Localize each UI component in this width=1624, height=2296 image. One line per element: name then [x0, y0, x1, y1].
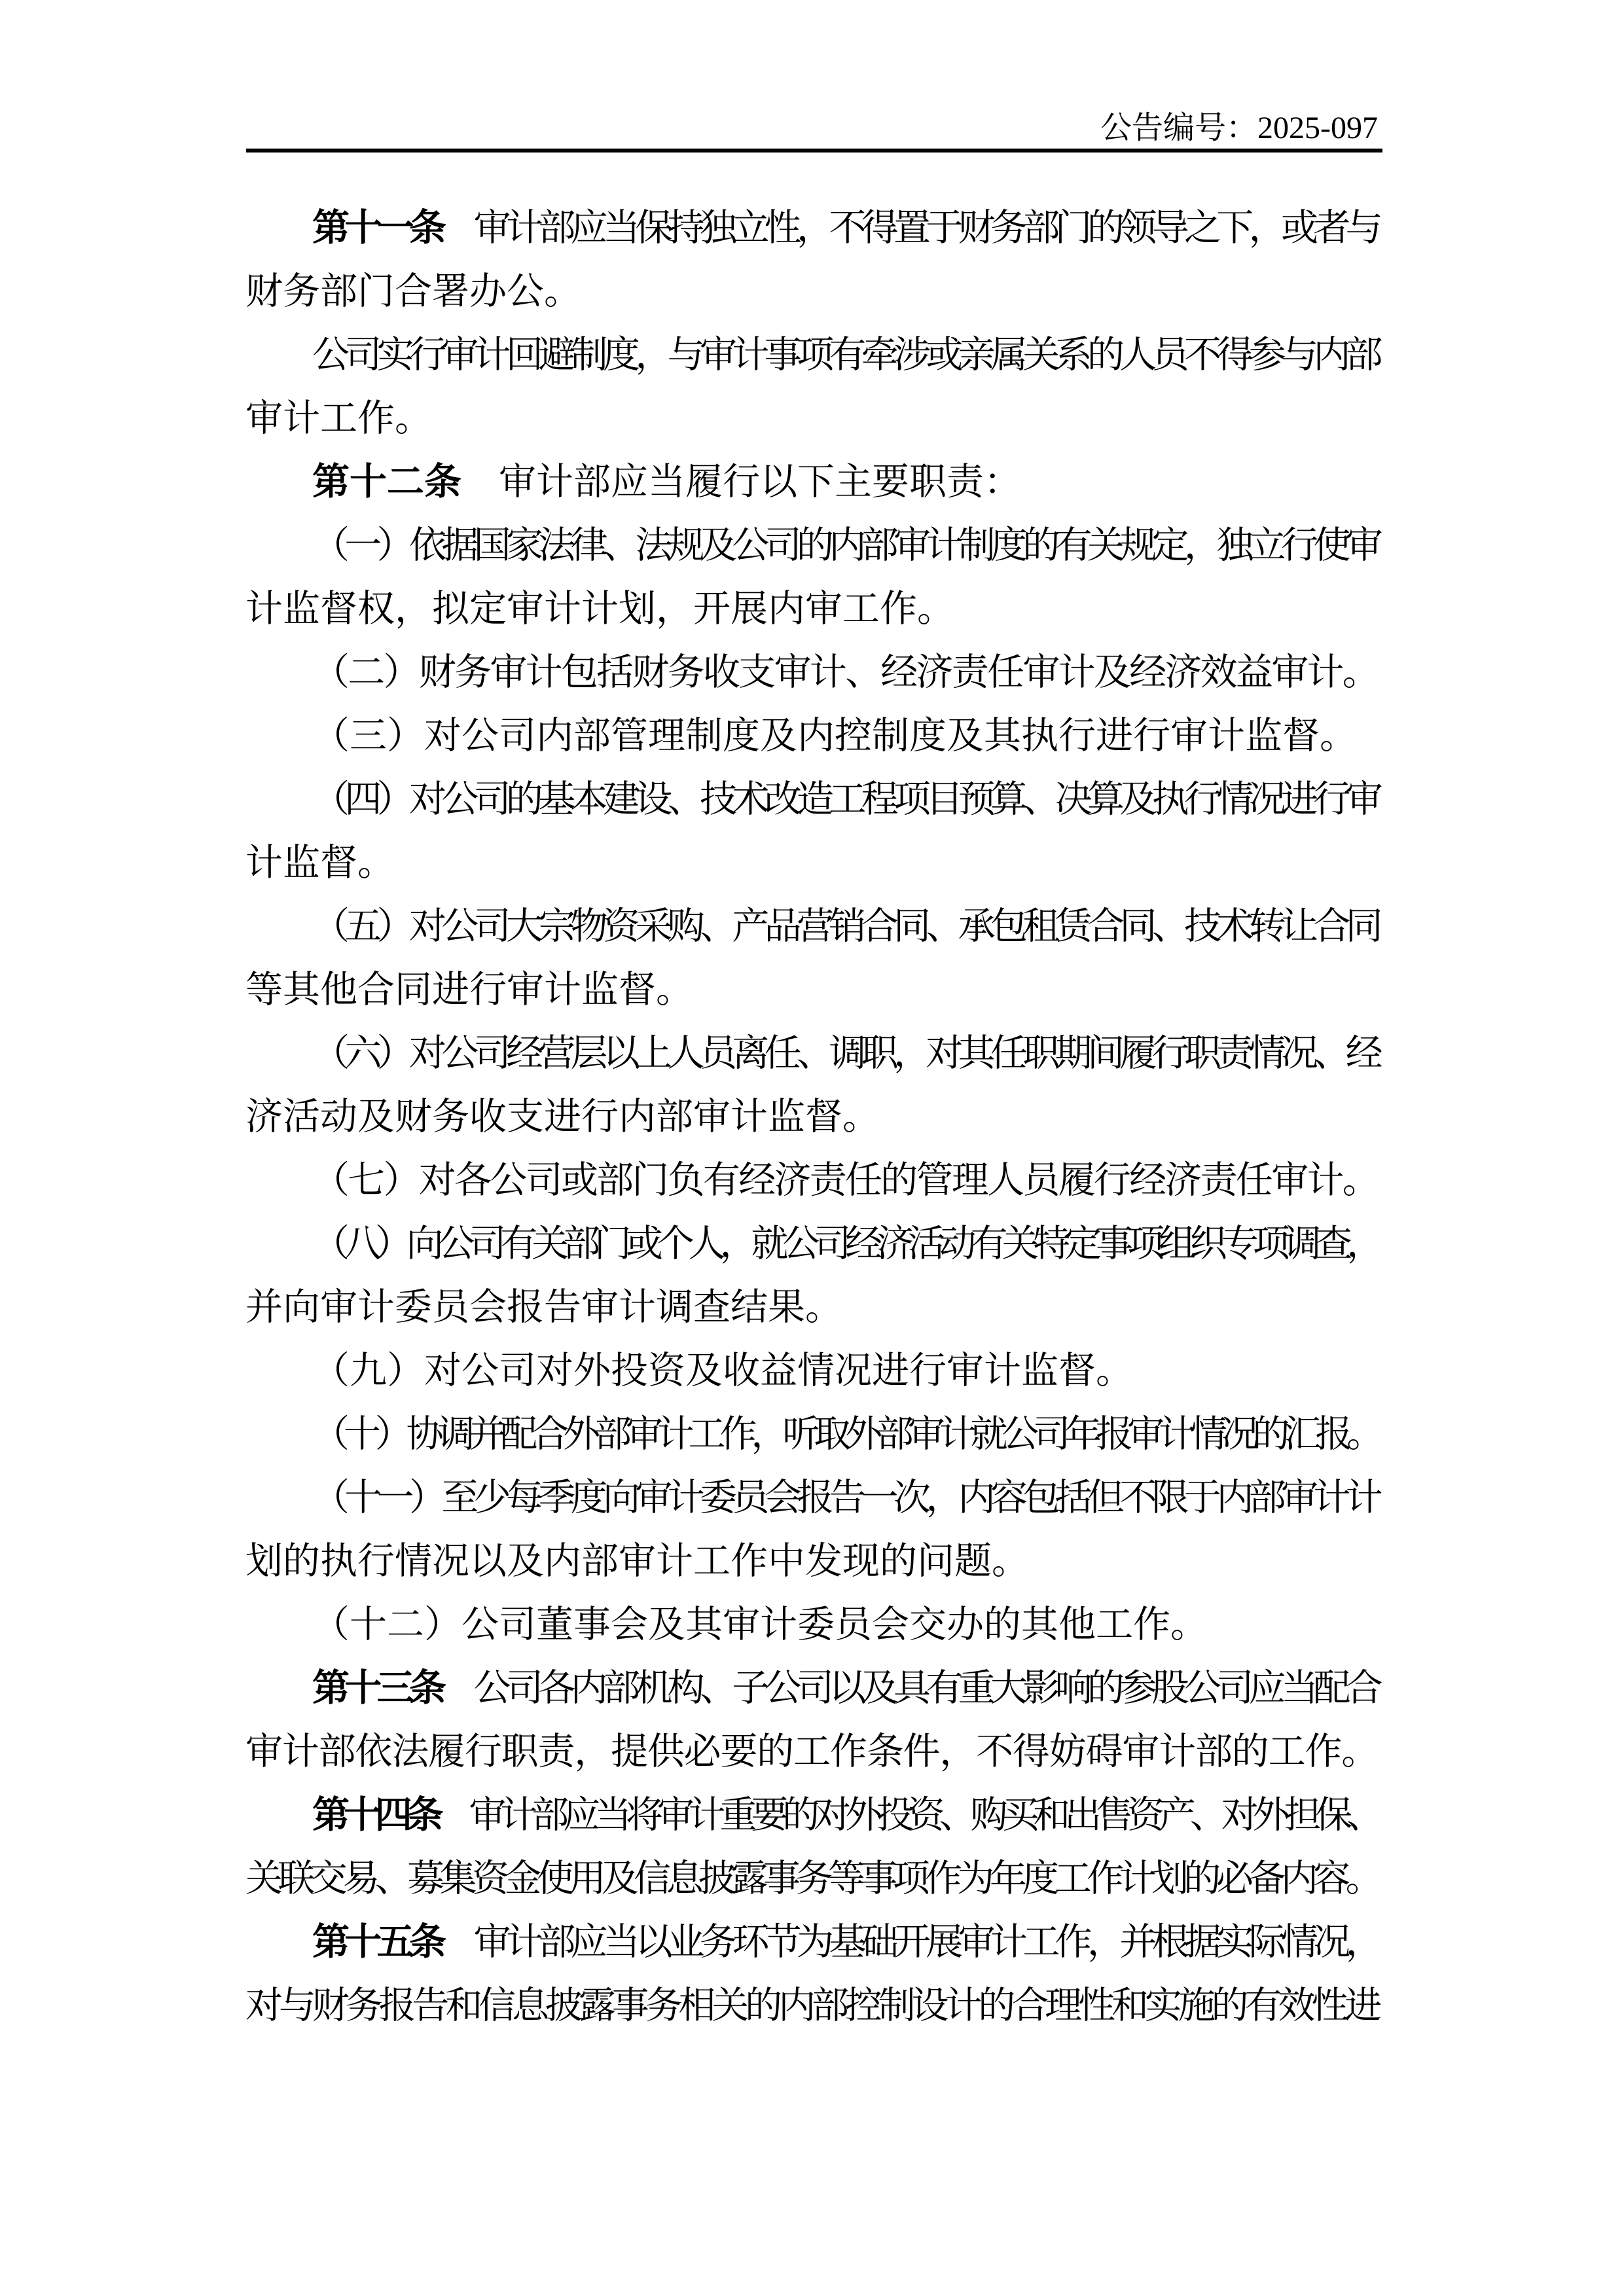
- doc-number: 公告编号：2025-097: [245, 110, 1378, 147]
- text-line: （二）财务审计包括财务收支审计、经济责任审计及经济效益审计。: [245, 641, 1378, 704]
- line-text: 计监督。: [245, 842, 395, 884]
- line-text: 并向审计委员会报告审计调查结果。: [245, 1287, 842, 1328]
- document-body: 第十一条 审计部应当保持独立性，不得置于财务部门的领导之下，或者与财务部门合署办…: [245, 196, 1378, 2037]
- line-content: （三）对公司内部管理制度及内控制度及其执行进行审计监督。: [312, 704, 1357, 768]
- line-text: 财务部门合署办公。: [245, 271, 581, 312]
- text-line: 济活动及财务收支进行内部审计监督。: [245, 1085, 1378, 1149]
- line-content: （十）协调并配合外部审计工作，听取外部审计就公司年报审计情况的汇报。: [312, 1403, 1378, 1466]
- line-text: 审计部应当履行以下主要职责：: [499, 461, 1021, 503]
- text-line: 等其他合同进行审计监督。: [245, 958, 1378, 1022]
- line-content: （五）对公司大宗物资采购、产品营销合同、承包租赁合同、技术转让合同: [312, 895, 1378, 958]
- line-text: 公司实行审计回避制度，与审计事项有牵涉或亲属关系的人员不得参与内部: [312, 334, 1378, 376]
- line-content: （九）对公司对外投资及收益情况进行审计监督。: [312, 1339, 1133, 1403]
- text-line: 对与财务报告和信息披露事务相关的内部控制设计的合理性和实施的有效性进: [245, 1974, 1378, 2037]
- text-line: （十一）至少每季度向审计委员会报告一次，内容包括但不限于内部审计计: [245, 1466, 1378, 1530]
- text-line: 划的执行情况以及内部审计工作中发现的问题。: [245, 1530, 1378, 1593]
- text-line: （八）向公司有关部门或个人，就公司经济活动有关特定事项组织专项调查，: [245, 1212, 1378, 1276]
- line-content: （八）向公司有关部门或个人，就公司经济活动有关特定事项组织专项调查，: [312, 1212, 1378, 1276]
- text-line: 计监督权，拟定审计计划，开展内审工作。: [245, 577, 1378, 641]
- line-content: 对与财务报告和信息披露事务相关的内部控制设计的合理性和实施的有效性进: [245, 1974, 1378, 2037]
- text-line: 计监督。: [245, 831, 1378, 895]
- line-text: （二）财务审计包括财务收支审计、经济责任审计及经济效益审计。: [312, 652, 1378, 693]
- text-line: 第十二条 审计部应当履行以下主要职责：: [245, 450, 1378, 514]
- text-line: （六）对公司经营层以上人员离任、调职，对其任职期间履行职责情况、经: [245, 1022, 1378, 1085]
- line-text: （七）对各公司或部门负有经济责任的管理人员履行经济责任审计。: [312, 1160, 1378, 1201]
- text-line: （九）对公司对外投资及收益情况进行审计监督。: [245, 1339, 1378, 1403]
- text-line: 第十三条 公司各内部机构、子公司以及具有重大影响的参股公司应当配合: [245, 1657, 1378, 1720]
- article-number: 第十三条: [312, 1668, 474, 1709]
- line-text: （一）依据国家法律、法规及公司的内部审计制度的有关规定，独立行使审: [312, 525, 1378, 566]
- text-line: （一）依据国家法律、法规及公司的内部审计制度的有关规定，独立行使审: [245, 514, 1378, 577]
- text-line: 审计部依法履行职责，提供必要的工作条件，不得妨碍审计部的工作。: [245, 1720, 1378, 1784]
- line-text: （十二）公司董事会及其审计委员会交办的其他工作。: [312, 1604, 1208, 1645]
- text-line: （七）对各公司或部门负有经济责任的管理人员履行经济责任审计。: [245, 1149, 1378, 1212]
- text-line: 第十四条 审计部应当将审计重要的对外投资、购买和出售资产、对外担保、: [245, 1784, 1378, 1847]
- line-content: 审计部依法履行职责，提供必要的工作条件，不得妨碍审计部的工作。: [245, 1720, 1378, 1784]
- line-content: 财务部门合署办公。: [245, 260, 581, 323]
- line-content: （二）财务审计包括财务收支审计、经济责任审计及经济效益审计。: [312, 641, 1378, 704]
- line-text: 审计部应当将审计重要的对外投资、购买和出售资产、对外担保、: [469, 1795, 1378, 1836]
- text-line: 关联交易、募集资金使用及信息披露事务等事项作为年度工作计划的必备内容。: [245, 1847, 1378, 1910]
- text-line: 并向审计委员会报告审计调查结果。: [245, 1276, 1378, 1339]
- article-number: 第十五条: [312, 1922, 474, 1963]
- line-text: 审计部依法履行职责，提供必要的工作条件，不得妨碍审计部的工作。: [245, 1731, 1378, 1772]
- line-text: （九）对公司对外投资及收益情况进行审计监督。: [312, 1350, 1133, 1391]
- line-text: 公司各内部机构、子公司以及具有重大影响的参股公司应当配合: [474, 1668, 1378, 1709]
- line-content: 计监督权，拟定审计计划，开展内审工作。: [245, 577, 954, 641]
- line-content: 关联交易、募集资金使用及信息披露事务等事项作为年度工作计划的必备内容。: [245, 1847, 1378, 1910]
- text-line: （四）对公司的基本建设、技术改造工程项目预算、决算及执行情况进行审: [245, 768, 1378, 831]
- line-text: 审计工作。: [245, 398, 432, 439]
- line-text: （五）对公司大宗物资采购、产品营销合同、承包租赁合同、技术转让合同: [312, 906, 1378, 947]
- line-content: 第十四条 审计部应当将审计重要的对外投资、购买和出售资产、对外担保、: [312, 1784, 1378, 1847]
- line-content: 济活动及财务收支进行内部审计监督。: [245, 1085, 880, 1149]
- line-text: （十）协调并配合外部审计工作，听取外部审计就公司年报审计情况的汇报。: [312, 1414, 1378, 1455]
- line-text: 审计部应当保持独立性，不得置于财务部门的领导之下，或者与: [474, 207, 1378, 249]
- line-content: 并向审计委员会报告审计调查结果。: [245, 1276, 842, 1339]
- line-content: 审计工作。: [245, 387, 432, 450]
- line-content: 等其他合同进行审计监督。: [245, 958, 693, 1022]
- line-text: 等其他合同进行审计监督。: [245, 969, 693, 1011]
- line-text: 对与财务报告和信息披露事务相关的内部控制设计的合理性和实施的有效性进: [245, 1985, 1378, 2026]
- line-text: （八）向公司有关部门或个人，就公司经济活动有关特定事项组织专项调查，: [312, 1223, 1378, 1265]
- text-line: （十二）公司董事会及其审计委员会交办的其他工作。: [245, 1593, 1378, 1657]
- text-line: 财务部门合署办公。: [245, 260, 1378, 323]
- text-line: （五）对公司大宗物资采购、产品营销合同、承包租赁合同、技术转让合同: [245, 895, 1378, 958]
- text-line: 第十五条 审计部应当以业务环节为基础开展审计工作，并根据实际情况，: [245, 1910, 1378, 1974]
- line-text: （三）对公司内部管理制度及内控制度及其执行进行审计监督。: [312, 715, 1357, 757]
- text-line: 公司实行审计回避制度，与审计事项有牵涉或亲属关系的人员不得参与内部: [245, 323, 1378, 387]
- line-content: 划的执行情况以及内部审计工作中发现的问题。: [245, 1530, 1029, 1593]
- line-content: 第十一条 审计部应当保持独立性，不得置于财务部门的领导之下，或者与: [312, 196, 1378, 260]
- line-text: （四）对公司的基本建设、技术改造工程项目预算、决算及执行情况进行审: [312, 779, 1378, 820]
- line-text: 计监督权，拟定审计计划，开展内审工作。: [245, 588, 954, 630]
- text-line: （三）对公司内部管理制度及内控制度及其执行进行审计监督。: [245, 704, 1378, 768]
- line-text: 审计部应当以业务环节为基础开展审计工作，并根据实际情况，: [474, 1922, 1378, 1963]
- line-content: 计监督。: [245, 831, 395, 895]
- line-content: 第十三条 公司各内部机构、子公司以及具有重大影响的参股公司应当配合: [312, 1657, 1378, 1720]
- line-content: （七）对各公司或部门负有经济责任的管理人员履行经济责任审计。: [312, 1149, 1378, 1212]
- line-content: （一）依据国家法律、法规及公司的内部审计制度的有关规定，独立行使审: [312, 514, 1378, 577]
- text-line: 审计工作。: [245, 387, 1378, 450]
- line-text: （十一）至少每季度向审计委员会报告一次，内容包括但不限于内部审计计: [312, 1477, 1378, 1518]
- line-content: 第十二条 审计部应当履行以下主要职责：: [312, 450, 1021, 514]
- header-divider: [246, 149, 1382, 152]
- text-line: （十）协调并配合外部审计工作，听取外部审计就公司年报审计情况的汇报。: [245, 1403, 1378, 1466]
- line-text: 关联交易、募集资金使用及信息披露事务等事项作为年度工作计划的必备内容。: [245, 1858, 1378, 1899]
- line-content: （十二）公司董事会及其审计委员会交办的其他工作。: [312, 1593, 1208, 1657]
- article-number: 第十四条: [312, 1795, 469, 1836]
- text-line: 第十一条 审计部应当保持独立性，不得置于财务部门的领导之下，或者与: [245, 196, 1378, 260]
- line-content: （十一）至少每季度向审计委员会报告一次，内容包括但不限于内部审计计: [312, 1466, 1378, 1530]
- line-text: （六）对公司经营层以上人员离任、调职，对其任职期间履行职责情况、经: [312, 1033, 1378, 1074]
- article-number: 第十一条: [312, 207, 474, 249]
- line-content: （六）对公司经营层以上人员离任、调职，对其任职期间履行职责情况、经: [312, 1022, 1378, 1085]
- line-content: 第十五条 审计部应当以业务环节为基础开展审计工作，并根据实际情况，: [312, 1910, 1378, 1974]
- article-number: 第十二条: [312, 461, 499, 503]
- document-page: 公告编号：2025-097 第十一条 审计部应当保持独立性，不得置于财务部门的领…: [0, 0, 1624, 2296]
- line-content: （四）对公司的基本建设、技术改造工程项目预算、决算及执行情况进行审: [312, 768, 1378, 831]
- line-text: 划的执行情况以及内部审计工作中发现的问题。: [245, 1541, 1029, 1582]
- line-text: 济活动及财务收支进行内部审计监督。: [245, 1096, 880, 1138]
- line-content: 公司实行审计回避制度，与审计事项有牵涉或亲属关系的人员不得参与内部: [312, 323, 1378, 387]
